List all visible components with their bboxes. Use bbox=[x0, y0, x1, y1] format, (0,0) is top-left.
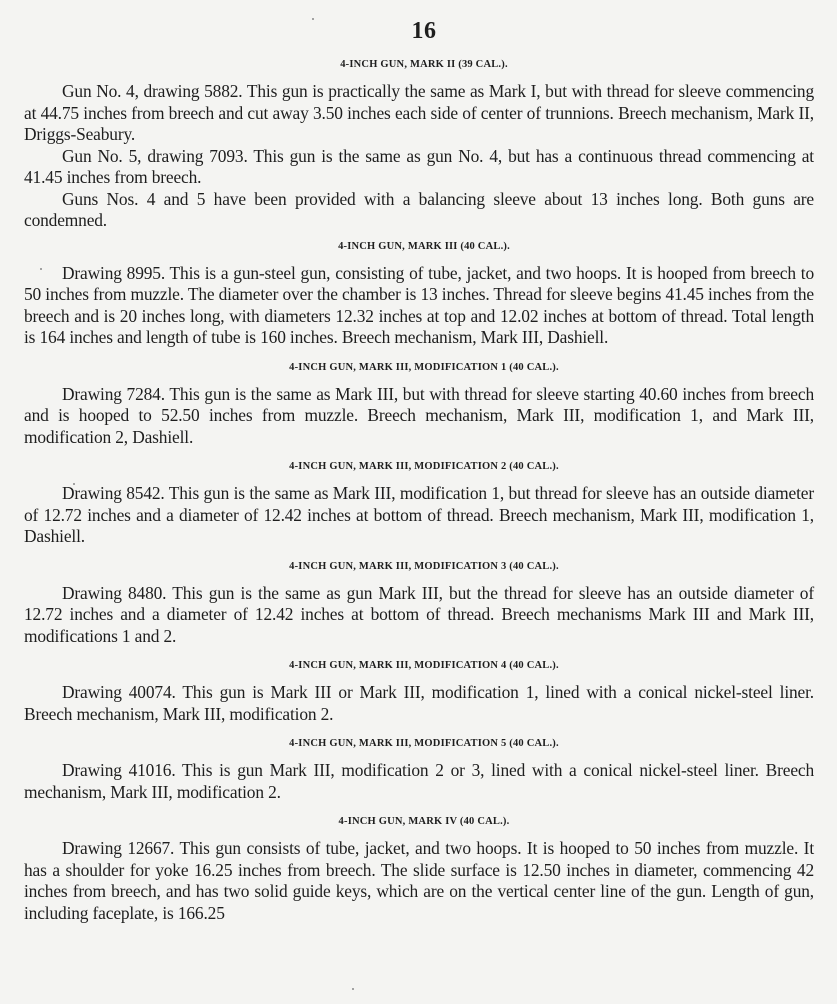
scan-speck bbox=[312, 18, 314, 20]
section-mark-iii: 4-INCH GUN, MARK III (40 CAL.). Drawing … bbox=[24, 240, 814, 349]
paragraph: Drawing 12667. This gun consists of tube… bbox=[24, 838, 814, 924]
section-mark-ii: 4-INCH GUN, MARK II (39 CAL.). Gun No. 4… bbox=[24, 58, 814, 232]
section-heading: 4-INCH GUN, MARK III, MODIFICATION 2 (40… bbox=[24, 460, 814, 474]
scan-speck bbox=[73, 483, 75, 485]
section-mark-iii-mod-5: 4-INCH GUN, MARK III, MODIFICATION 5 (40… bbox=[24, 737, 814, 803]
section-mark-iii-mod-1: 4-INCH GUN, MARK III, MODIFICATION 1 (40… bbox=[24, 361, 814, 449]
paragraph: Drawing 8542. This gun is the same as Ma… bbox=[24, 483, 814, 548]
section-mark-iii-mod-2: 4-INCH GUN, MARK III, MODIFICATION 2 (40… bbox=[24, 460, 814, 548]
scan-speck bbox=[40, 268, 42, 270]
section-mark-iii-mod-3: 4-INCH GUN, MARK III, MODIFICATION 3 (40… bbox=[24, 560, 814, 648]
paragraph: Drawing 7284. This gun is the same as Ma… bbox=[24, 384, 814, 449]
paragraph: Gun No. 5, drawing 7093. This gun is the… bbox=[24, 146, 814, 189]
paragraph: Guns Nos. 4 and 5 have been provided wit… bbox=[24, 189, 814, 232]
document-page: 16 4-INCH GUN, MARK II (39 CAL.). Gun No… bbox=[24, 0, 814, 924]
paragraph: Drawing 8995. This is a gun-steel gun, c… bbox=[24, 263, 814, 349]
section-heading: 4-INCH GUN, MARK II (39 CAL.). bbox=[24, 58, 814, 72]
section-heading: 4-INCH GUN, MARK III, MODIFICATION 4 (40… bbox=[24, 659, 814, 673]
paragraph: Drawing 8480. This gun is the same as gu… bbox=[24, 583, 814, 648]
paragraph: Drawing 41016. This is gun Mark III, mod… bbox=[24, 760, 814, 803]
section-heading: 4-INCH GUN, MARK III, MODIFICATION 5 (40… bbox=[24, 737, 814, 751]
section-heading: 4-INCH GUN, MARK III, MODIFICATION 1 (40… bbox=[24, 361, 814, 375]
scan-speck bbox=[352, 988, 354, 990]
section-heading: 4-INCH GUN, MARK III, MODIFICATION 3 (40… bbox=[24, 560, 814, 574]
section-heading: 4-INCH GUN, MARK IV (40 CAL.). bbox=[24, 815, 814, 829]
section-heading: 4-INCH GUN, MARK III (40 CAL.). bbox=[24, 240, 814, 254]
paragraph: Drawing 40074. This gun is Mark III or M… bbox=[24, 682, 814, 725]
section-mark-iii-mod-4: 4-INCH GUN, MARK III, MODIFICATION 4 (40… bbox=[24, 659, 814, 725]
section-mark-iv: 4-INCH GUN, MARK IV (40 CAL.). Drawing 1… bbox=[24, 815, 814, 924]
paragraph: Gun No. 4, drawing 5882. This gun is pra… bbox=[24, 81, 814, 146]
page-number: 16 bbox=[24, 16, 814, 46]
